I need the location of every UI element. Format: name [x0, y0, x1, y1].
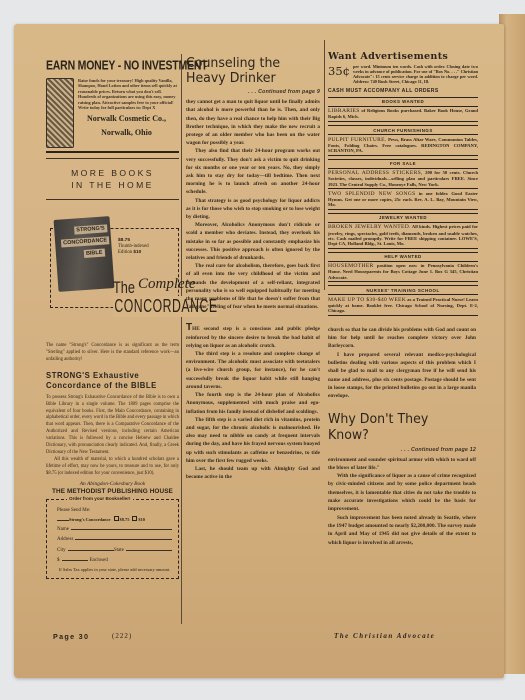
ad-keyword: BROKEN JEWELRY WANTED. [328, 224, 411, 230]
cash-notice: CASH MUST ACCOMPANY ALL ORDERS [328, 88, 478, 94]
name-field[interactable] [71, 524, 172, 530]
concordance-ad-header: STRONG'S CONCORDANCE BIBLE $8.75 Thumb-i… [46, 218, 179, 341]
ad-category: JEWELRY WANTED [328, 213, 478, 223]
article-paragraph: Last, he should team up with Almighty Go… [186, 465, 320, 481]
order-caption: Order from your Bookseller! [67, 496, 133, 502]
page-number: Page 30 [53, 632, 89, 641]
issue-page-number: (222) [112, 632, 132, 640]
banner-line-2: IN THE HOME [46, 179, 179, 191]
classified-ad: TWO SPLENDID NEW SONGS in one folder. Go… [328, 189, 478, 210]
middle-column: Counseling the Heavy Drinker . . . Conti… [186, 56, 320, 481]
article-body: they cannot get a man to quit liquor unt… [186, 98, 320, 481]
earn-money-ad: EARN MONEY - NO INVESTMENT Raise funds f… [46, 58, 179, 153]
name-label: Name [57, 525, 69, 534]
divider [46, 151, 179, 153]
article-paragraph: They also find that their 24-hour progra… [186, 147, 320, 196]
continued-from: . . . Continued from page 12 [328, 447, 476, 453]
article-paragraph: I have prepared several relevant medico-… [328, 351, 476, 401]
enclosed-label: Enclosed [90, 556, 108, 565]
classified-ad: BROKEN JEWELRY WANTED. All kinds. Highes… [328, 223, 478, 249]
article-paragraph: The fourth step is the 24-hour plan of A… [186, 391, 320, 416]
ad-category: FOR SALE [328, 159, 478, 169]
earn-ad-company: Norwalk Cosmetic Co., [74, 114, 179, 124]
want-ads-intro: per word. Minimum ten words. Cash with o… [353, 65, 478, 85]
article-continuation: church so that he can divide his problem… [328, 326, 476, 401]
ad-keyword: PERSONAL ADDRESS STICKERS, [328, 170, 423, 176]
price: $8.75 [118, 238, 130, 243]
state-label: State [114, 546, 124, 555]
ad-category: BOOKS WANTED [328, 97, 478, 107]
city-label: City [57, 546, 66, 555]
publication-name: The Christian Advocate [334, 632, 435, 640]
article-paragraph: church so that he can divide his problem… [328, 326, 476, 351]
checkbox-option-1[interactable] [114, 516, 119, 521]
left-column: EARN MONEY - NO INVESTMENT Raise funds f… [46, 58, 179, 579]
tax-note: If Sales Tax applies in your state, plea… [57, 567, 172, 572]
article-paragraph: With the significance of liquor as a cau… [328, 472, 476, 513]
ad-keyword: TWO SPLENDID NEW SONGS [328, 191, 416, 197]
ad-category: NURSES' TRAINING SCHOOL [328, 285, 478, 295]
article-paragraph: That strategy is as good psychology for … [186, 197, 320, 222]
continued-from: . . . Continued from page 9 [186, 89, 320, 95]
dollar-label: $ [57, 556, 60, 565]
please-send-label: Please Send Me: [57, 506, 172, 515]
classified-ads: BOOKS WANTEDLIBRARIES of Religious Books… [328, 97, 478, 316]
column-rule-left [181, 54, 182, 624]
article2-headline: Why Don't They Know? [328, 411, 466, 443]
earn-ad-city: Norwalk, Ohio [74, 128, 179, 138]
checkbox-option-2[interactable] [132, 516, 137, 521]
banner-line-1: MORE BOOKS [46, 167, 179, 179]
state-field[interactable] [126, 545, 172, 551]
article-paragraph: they cannot get a man to quit liquor unt… [186, 98, 320, 147]
address-label: Address [57, 535, 73, 544]
article-paragraph: The real cure for alcoholism, therefore,… [186, 262, 320, 311]
column-rule-right [324, 40, 325, 290]
earn-ad-body: Raise funds for your treasury! High qual… [74, 78, 179, 110]
rate: 35¢ [328, 65, 350, 85]
article-paragraph: The third step is a resolute and complet… [186, 350, 320, 391]
classified-ad: HOUSEMOTHER position open now in Pennsyl… [328, 262, 478, 283]
book-icon: STRONG'S CONCORDANCE BIBLE [54, 216, 115, 292]
ad-category: CHURCH FURNISHINGS [328, 125, 478, 135]
article-paragraph: Such improvement has been noted already … [328, 514, 476, 547]
city-field[interactable] [68, 545, 114, 551]
article-paragraph: environment and sounder spiritual armor … [328, 456, 476, 473]
concordance-body-2: All this wealth of material, to which a … [46, 457, 179, 478]
concordance-title: STRONG'S Exhaustive Concordance of the B… [46, 370, 168, 391]
ad-keyword: PULPIT FURNITURE. [328, 137, 387, 143]
ad-keyword: MAKE UP TO $30-$40 WEEK [328, 297, 406, 303]
cosmetics-illustration [46, 78, 74, 148]
want-ads-title: Want Advertisements [328, 51, 478, 62]
headline-the: The [113, 278, 135, 298]
address-field[interactable] [75, 534, 172, 540]
edition-price: $10 [133, 250, 141, 255]
publisher-name: THE METHODIST PUBLISHING HOUSE [46, 488, 179, 495]
article-headline: Counseling the Heavy Drinker [186, 56, 311, 85]
classified-ad: MAKE UP TO $30-$40 WEEK as a Trained Pra… [328, 295, 478, 316]
earn-ad-title: EARN MONEY - NO INVESTMENT [46, 58, 179, 73]
article-paragraph: Moreover, Alcoholics Anonymous don't rid… [186, 221, 320, 262]
classified-ad: LIBRARIES of Religious Books purchased. … [328, 107, 478, 122]
classified-ad: PERSONAL ADDRESS STICKERS, 200 for 50 ce… [328, 169, 478, 190]
article-paragraph: THE second step is a conscious and publi… [186, 325, 320, 350]
more-books-banner: MORE BOOKS IN THE HOME [46, 158, 179, 200]
price-info: $8.75 Thumb-indexed Edition $10 [118, 238, 160, 256]
amount-field[interactable] [62, 555, 88, 561]
ad-category: HELP WANTED [328, 252, 478, 262]
order-item: Strong's Concordance [69, 515, 111, 524]
order-coupon: Order from your Bookseller! Please Send … [46, 499, 179, 579]
ad-keyword: LIBRARIES [328, 108, 360, 114]
concordance-intro: The name "Strong's" Concordance is as si… [46, 343, 179, 364]
publisher-line: An Abingdon-Cokesbury Book [46, 481, 179, 487]
classified-ad: PULPIT FURNITURE. Pews, Brass Altar Ware… [328, 135, 478, 156]
ad-keyword: HOUSEMOTHER [328, 263, 374, 269]
concordance-body: To possess Strong's Exhaustive Concordan… [46, 395, 179, 457]
article2-body: environment and sounder spiritual armor … [328, 456, 476, 547]
right-column: Want Advertisements 35¢ per word. Minimu… [328, 51, 478, 547]
article-paragraph: The fifth step is a varied diet rich in … [186, 416, 320, 465]
